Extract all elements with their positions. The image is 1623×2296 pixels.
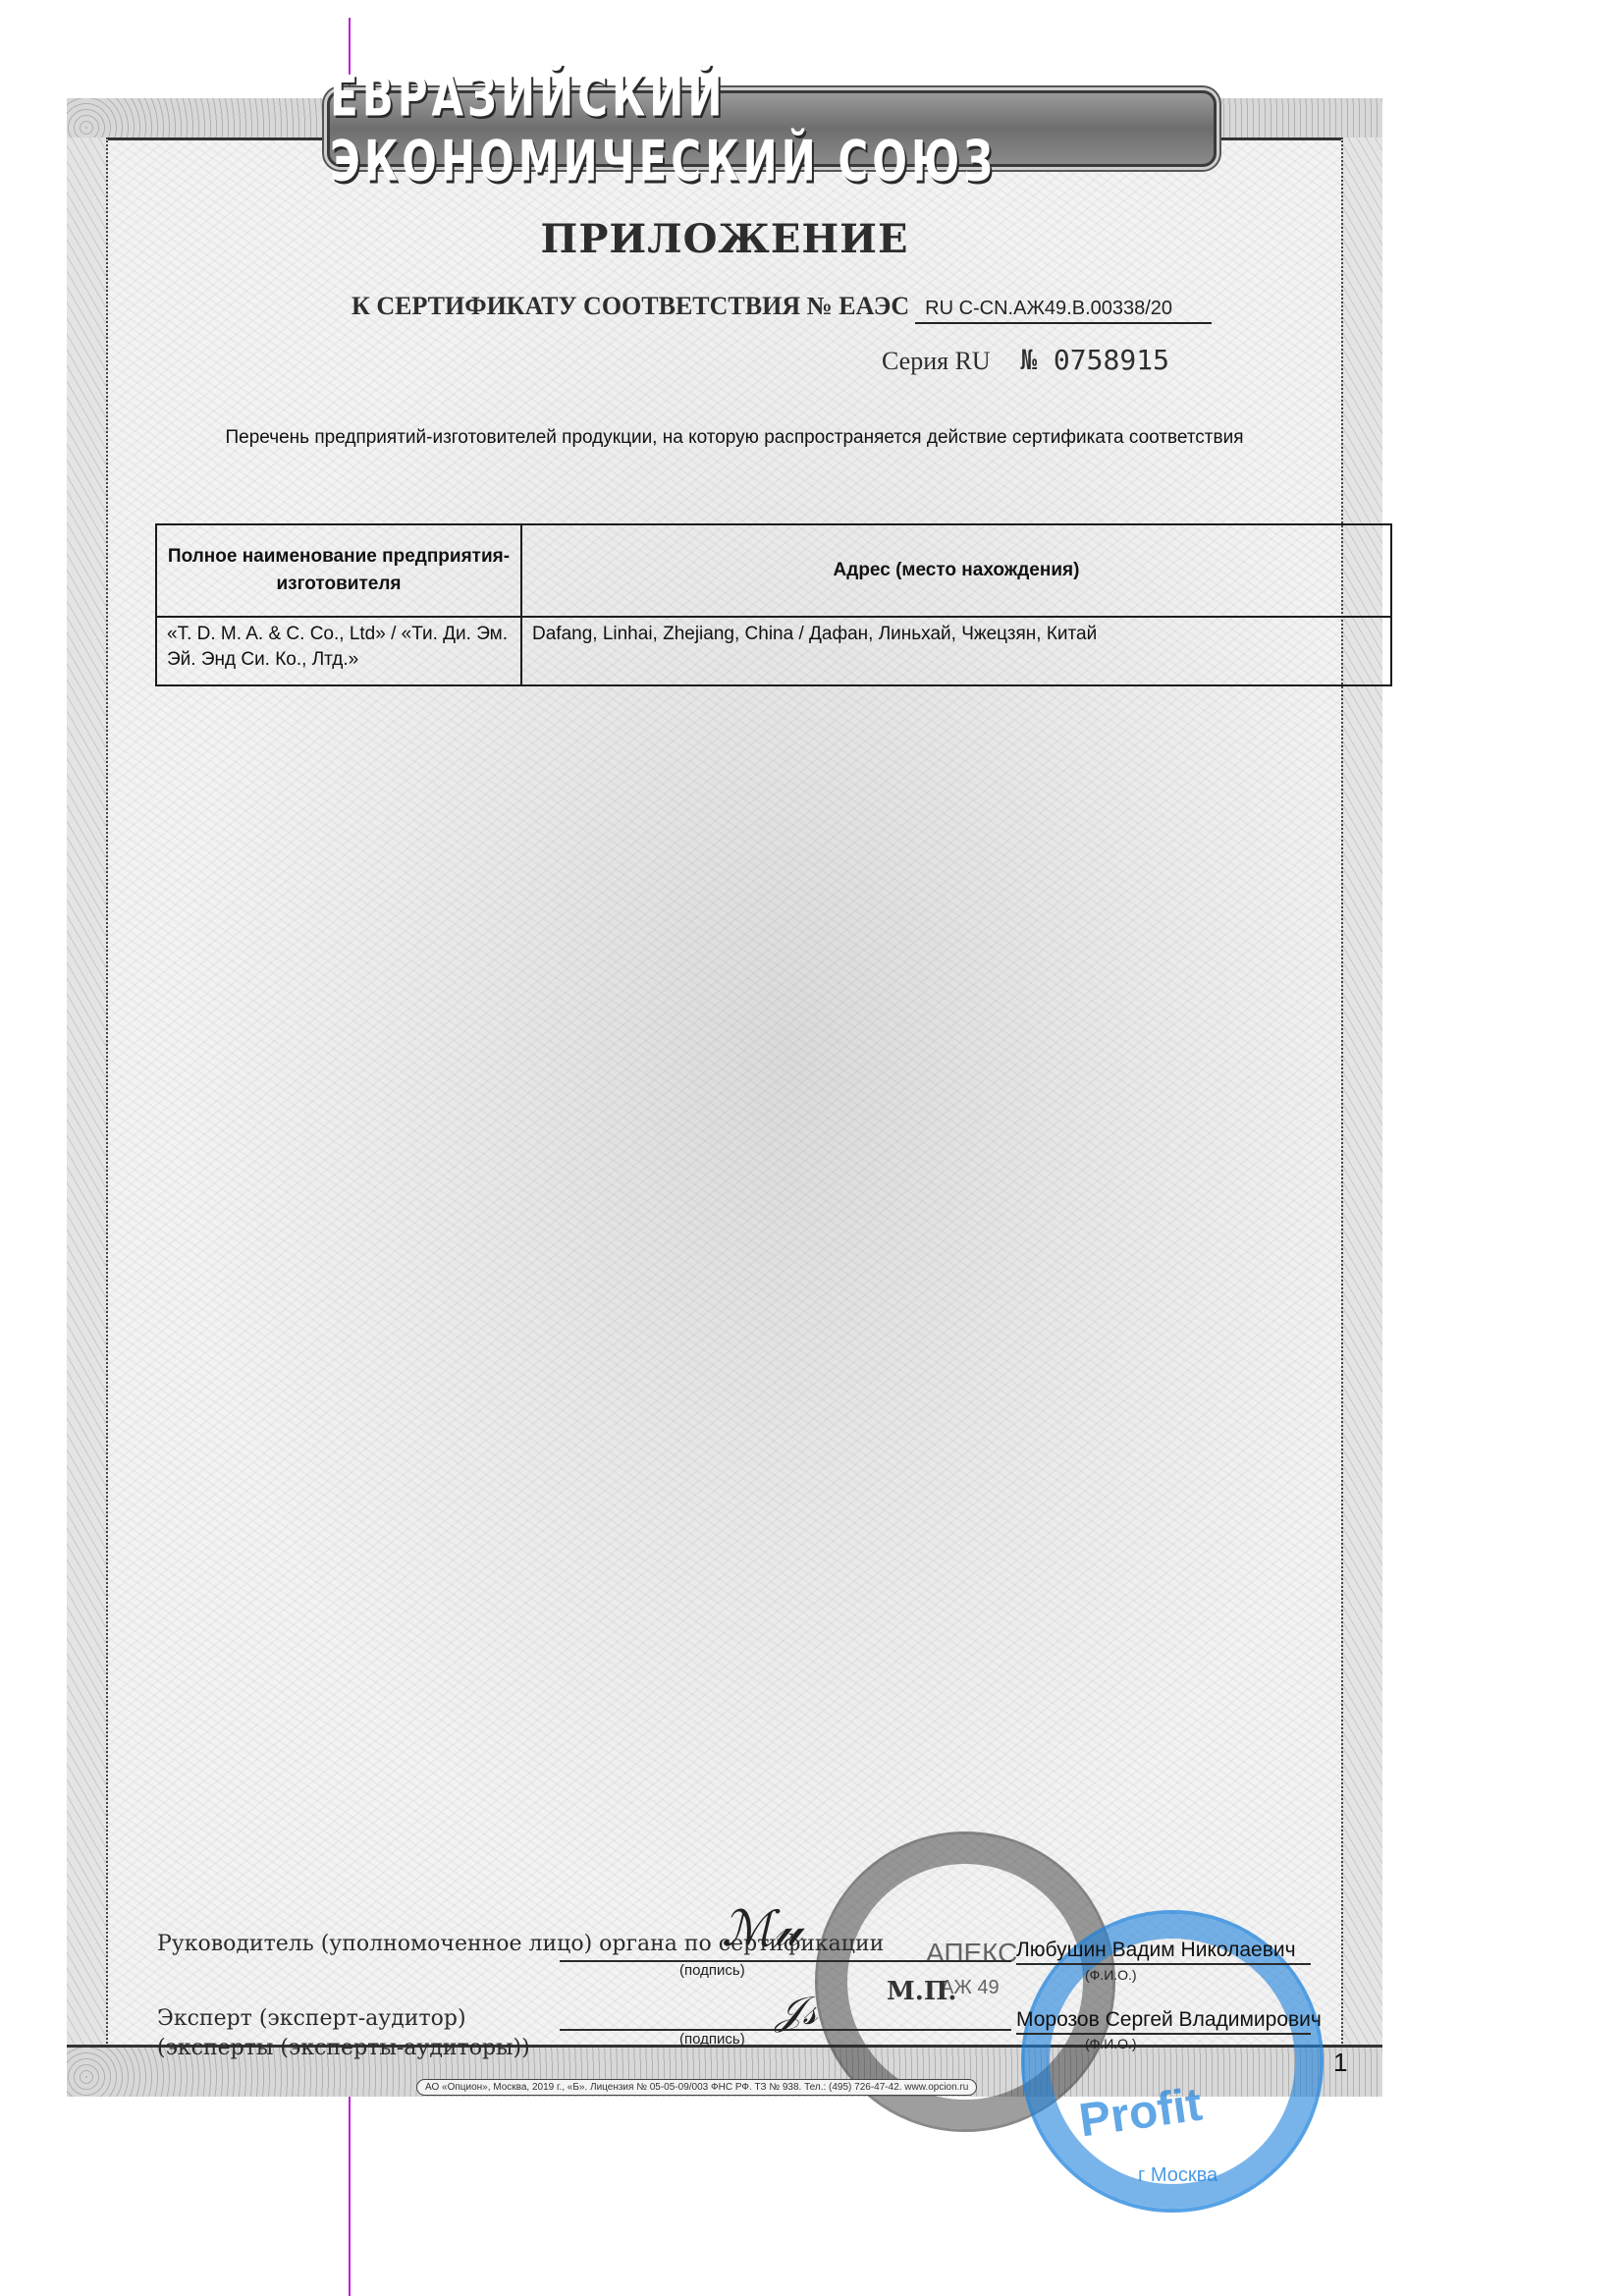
expert-signature: 𝒥𝓈 xyxy=(776,1989,817,2034)
manufacturer-name-cell: «T. D. M. A. & C. Co., Ltd» / «Ти. Ди. Э… xyxy=(156,617,521,685)
expert-label-line-1: Эксперт (эксперт-аудитор) xyxy=(157,2004,530,2034)
seal-mark: М.П. xyxy=(887,1977,956,2006)
stamp-brand: Profit xyxy=(1076,2078,1206,2149)
union-banner-text: ЕВРАЗИЙСКИЙ ЭКОНОМИЧЕСКИЙ СОЮЗ xyxy=(330,64,1214,193)
certificate-prefix: К СЕРТИФИКАТУ СООТВЕТСТВИЯ № ЕАЭС xyxy=(352,292,909,321)
stamp-city: г Москва xyxy=(1138,2164,1217,2187)
form-border xyxy=(67,98,1382,2097)
column-header-address: Адрес (место нахождения) xyxy=(521,524,1391,617)
head-signature-caption: (подпись) xyxy=(679,1962,745,1979)
series-label: Серия RU xyxy=(882,347,991,375)
expert-label-line-2: (эксперты (эксперты-аудиторы)) xyxy=(157,2034,530,2063)
head-signature: ℳ𝓊 xyxy=(722,1900,802,1958)
table-row: «T. D. M. A. & C. Co., Ltd» / «Ти. Ди. Э… xyxy=(156,617,1391,685)
certificate-form: ЕВРАЗИЙСКИЙ ЭКОНОМИЧЕСКИЙ СОЮЗ ПРИЛОЖЕНИ… xyxy=(67,98,1382,2097)
expert-label: Эксперт (эксперт-аудитор) (эксперты (экс… xyxy=(157,2004,530,2063)
series-line: Серия RU № 0758915 xyxy=(882,344,1169,376)
page-number: 1 xyxy=(1333,2048,1347,2078)
serial-number: № 0758915 xyxy=(1020,344,1169,376)
guilloche-border-left xyxy=(67,137,108,2048)
table-header-row: Полное наименование предприятия-изготови… xyxy=(156,524,1391,617)
head-name-caption: (Ф.И.О.) xyxy=(1085,1967,1137,1983)
expert-full-name: Морозов Сергей Владимирович xyxy=(1016,2008,1322,2032)
expert-name-line xyxy=(1016,2033,1311,2035)
expert-name-caption: (Ф.И.О.) xyxy=(1085,2036,1137,2051)
column-header-name: Полное наименование предприятия-изготови… xyxy=(156,524,521,617)
union-banner: ЕВРАЗИЙСКИЙ ЭКОНОМИЧЕСКИЙ СОЮЗ xyxy=(327,90,1217,167)
guilloche-border-right xyxy=(1341,137,1382,2048)
document-title: ПРИЛОЖЕНИЕ xyxy=(67,216,1382,262)
intro-text: Перечень предприятий-изготовителей проду… xyxy=(155,420,1314,456)
certificate-number: RU C-CN.АЖ49.В.00338/20 xyxy=(915,298,1212,324)
head-name-line xyxy=(1016,1963,1311,1965)
expert-signature-caption: (подпись) xyxy=(679,2031,745,2048)
manufacturer-address-cell: Dafang, Linhai, Zhejiang, China / Дафан,… xyxy=(521,617,1391,685)
manufacturers-table: Полное наименование предприятия-изготови… xyxy=(155,523,1392,686)
certificate-reference: К СЕРТИФИКАТУ СООТВЕТСТВИЯ № ЕАЭС RU C-C… xyxy=(352,292,1212,324)
printer-imprint: АО «Опцион», Москва, 2019 г., «Б». Лицен… xyxy=(416,2079,977,2096)
head-signature-line xyxy=(560,1960,1011,1962)
head-full-name: Любушин Вадим Николаевич xyxy=(1016,1939,1296,1962)
stamp-body-name: АПЕКС xyxy=(926,1938,1017,1969)
